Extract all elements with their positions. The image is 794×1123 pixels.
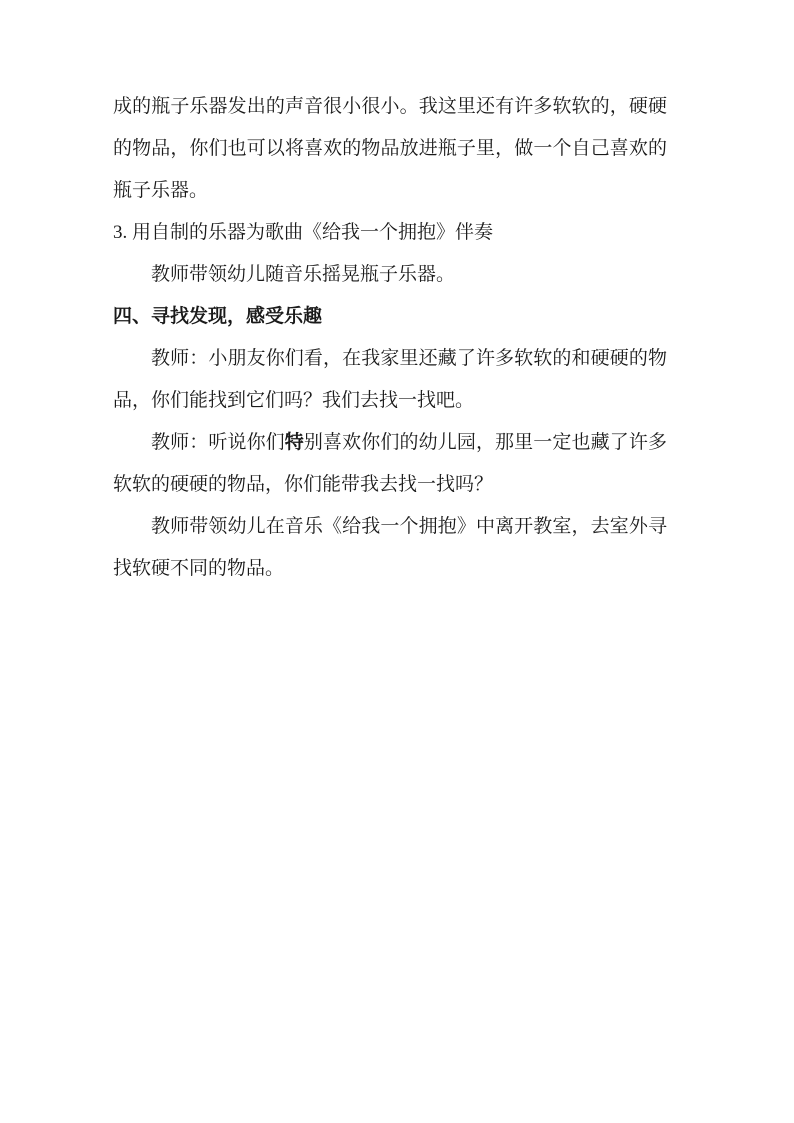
text-segment: 教师带领幼儿随音乐摇晃瓶子乐器。: [151, 264, 455, 285]
text-segment: 成的瓶子乐器发出的声音很小很小。我这里还有许多软软的，硬硬: [113, 96, 667, 117]
text-segment: 教师带领幼儿在音乐《给我一个拥抱》中离开教室，去室外寻: [151, 516, 667, 537]
text-line: 的物品，你们也可以将喜欢的物品放进瓶子里，做一个自己喜欢的: [113, 128, 667, 170]
text-line: 教师带领幼儿随音乐摇晃瓶子乐器。: [113, 254, 667, 296]
text-line: 教师：听说你们特别喜欢你们的幼儿园，那里一定也藏了许多: [113, 422, 667, 464]
text-segment: 教师：小朋友你们看，在我家里还藏了许多软软的和硬硬的物: [151, 348, 667, 369]
text-line: 找软硬不同的物品。: [113, 548, 667, 590]
bold-text-segment: 特: [285, 432, 304, 453]
text-line: 品，你们能找到它们吗？我们去找一找吧。: [113, 380, 667, 422]
text-segment: 品，你们能找到它们吗？我们去找一找吧。: [113, 390, 474, 411]
text-line: 教师：小朋友你们看，在我家里还藏了许多软软的和硬硬的物: [113, 338, 667, 380]
bold-text-segment: 四、寻找发现，感受乐趣: [113, 306, 322, 327]
text-segment: 瓶子乐器。: [113, 180, 208, 201]
text-segment: 3. 用自制的乐器为歌曲《给我一个拥抱》伴奏: [113, 222, 493, 243]
text-segment: 的物品，你们也可以将喜欢的物品放进瓶子里，做一个自己喜欢的: [113, 138, 667, 159]
document-page: 成的瓶子乐器发出的声音很小很小。我这里还有许多软软的，硬硬的物品，你们也可以将喜…: [0, 0, 794, 1123]
text-line: 瓶子乐器。: [113, 170, 667, 212]
text-segment: 软软的硬硬的物品，你们能带我去找一找吗？: [113, 474, 493, 495]
text-line: 教师带领幼儿在音乐《给我一个拥抱》中离开教室，去室外寻: [113, 506, 667, 548]
text-segment: 别喜欢你们的幼儿园，那里一定也藏了许多: [304, 432, 667, 453]
text-line: 软软的硬硬的物品，你们能带我去找一找吗？: [113, 464, 667, 506]
document-body: 成的瓶子乐器发出的声音很小很小。我这里还有许多软软的，硬硬的物品，你们也可以将喜…: [113, 86, 667, 590]
text-segment: 找软硬不同的物品。: [113, 558, 284, 579]
text-line: 四、寻找发现，感受乐趣: [113, 296, 667, 338]
text-line: 3. 用自制的乐器为歌曲《给我一个拥抱》伴奏: [113, 212, 667, 254]
text-line: 成的瓶子乐器发出的声音很小很小。我这里还有许多软软的，硬硬: [113, 86, 667, 128]
text-segment: 教师：听说你们: [151, 432, 285, 453]
